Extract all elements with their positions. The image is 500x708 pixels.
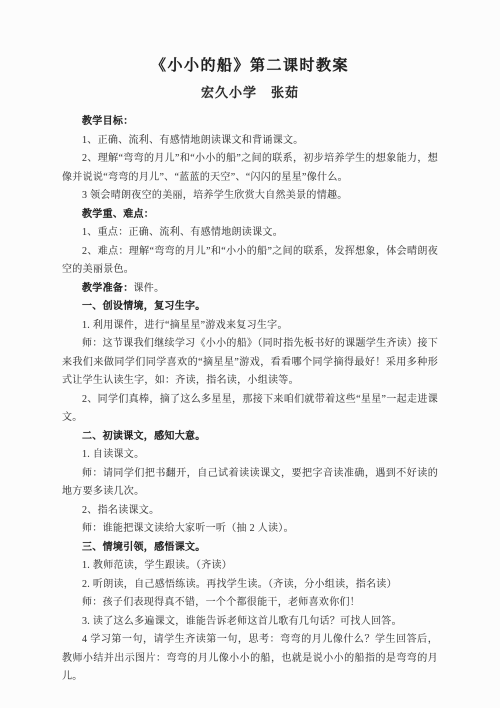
doc-paragraph: 教学准备：课件。 [62, 280, 438, 299]
paragraph-run: 师：孩子们表现得真不错，一个个都很能干，老师喜欢你们！ [82, 597, 360, 608]
paragraph-run: 2、指名读课文。 [82, 505, 159, 516]
doc-paragraph: 2、难点：理解“弯弯的月儿”和“小小的船”之间的联系，发挥想象，体会晴朗夜空的美… [62, 243, 438, 280]
paragraph-run: 2、难点：理解“弯弯的月儿”和“小小的船”之间的联系，发挥想象，体会晴朗夜空的美… [62, 246, 438, 276]
doc-paragraph: 2. 听朗读，自己感悟练读。再找学生读。（齐读，分小组读，指名读） [62, 576, 438, 595]
paragraph-bold-run: 三、情境引领，感悟课文。 [82, 542, 206, 553]
paragraph-run: 3 领会晴朗夜空的美丽，培养学生欣赏大自然美景的情趣。 [82, 190, 348, 201]
paragraph-run: 师：谁能把课文读给大家听一听（抽 2 人读）。 [82, 523, 294, 534]
doc-paragraph: 1、正确、流利、有感情地朗读课文和背诵课文。 [62, 132, 438, 151]
doc-paragraph: 二、初读课文，感知大意。 [62, 428, 438, 447]
doc-paragraph: 1. 自读课文。 [62, 446, 438, 465]
paragraph-run: 1、重点：正确、流利、有感情地朗读课文。 [82, 227, 283, 238]
doc-paragraph: 1. 利用课件，进行“摘星星”游戏来复习生字。 [62, 317, 438, 336]
paragraph-bold-run: 一、创设情境，复习生字。 [82, 301, 206, 312]
paragraph-run: 师：请同学们把书翻开，自己试着读读课文，要把字音读准确，遇到不好读的地方要多读几… [62, 468, 438, 498]
doc-paragraph: 师：这节课我们继续学习《小小的船》（同时指先板书好的课题学生齐读）接下来我们来做… [62, 335, 438, 391]
doc-paragraph: 师：孩子们表现得真不错，一个个都很能干，老师喜欢你们！ [62, 594, 438, 613]
paragraph-run: 2. 听朗读，自己感悟练读。再找学生读。（齐读，分小组读，指名读） [82, 579, 397, 590]
doc-paragraph: 三、情境引领，感悟课文。 [62, 539, 438, 558]
doc-paragraph: 师：谁能把课文读给大家听一听（抽 2 人读）。 [62, 520, 438, 539]
paragraph-bold-run: 教学重、难点： [82, 209, 154, 220]
paragraph-run: 3. 读了这么多遍课文，谁能告诉老师这首儿歌有几句话？可找人回答。 [82, 616, 402, 627]
doc-paragraph: 1. 教师范读，学生跟读。（齐读） [62, 557, 438, 576]
document-page: 《小小的船》第二课时教案 宏久小学 张茹 教学目标：1、正确、流利、有感情地朗读… [0, 0, 500, 708]
doc-paragraph: 2、指名读课文。 [62, 502, 438, 521]
paragraph-run: 1. 自读课文。 [82, 449, 144, 460]
paragraph-run: 1、正确、流利、有感情地朗读课文和背诵课文。 [82, 135, 304, 146]
doc-paragraph: 3 领会晴朗夜空的美丽，培养学生欣赏大自然美景的情趣。 [62, 187, 438, 206]
doc-paragraph: 教学重、难点： [62, 206, 438, 225]
paragraph-run: 课件。 [134, 283, 165, 294]
paragraph-run: 2、同学们真棒，摘了这么多星星，那接下来咱们就带着这些“星星”一起走进课文。 [62, 394, 438, 424]
doc-title: 《小小的船》第二课时教案 [62, 56, 438, 76]
doc-paragraph: 2、理解“弯弯的月儿”和“小小的船”之间的联系，初步培养学生的想象能力，想像并说… [62, 150, 438, 187]
doc-byline: 宏久小学 张茹 [62, 84, 438, 101]
doc-paragraph: 3. 读了这么多遍课文，谁能告诉老师这首儿歌有几句话？可找人回答。 [62, 613, 438, 632]
paragraph-run: 4 学习第一句，请学生齐读第一句，思考：弯弯的月儿像什么？学生回答后，教师小结并… [62, 634, 438, 682]
doc-paragraph: 4 学习第一句，请学生齐读第一句，思考：弯弯的月儿像什么？学生回答后，教师小结并… [62, 631, 438, 687]
paragraph-bold-run: 教学目标： [82, 116, 134, 127]
paragraph-run: 师：这节课我们继续学习《小小的船》（同时指先板书好的课题学生齐读）接下来我们来做… [62, 338, 438, 386]
doc-paragraph: 师：请同学们把书翻开，自己试着读读课文，要把字音读准确，遇到不好读的地方要多读几… [62, 465, 438, 502]
paragraph-bold-run: 教学准备： [82, 283, 134, 294]
doc-body: 教学目标：1、正确、流利、有感情地朗读课文和背诵课文。2、理解“弯弯的月儿”和“… [62, 113, 438, 687]
paragraph-run: 2、理解“弯弯的月儿”和“小小的船”之间的联系，初步培养学生的想象能力，想像并说… [62, 153, 438, 183]
doc-paragraph: 1、重点：正确、流利、有感情地朗读课文。 [62, 224, 438, 243]
paragraph-run: 1. 利用课件，进行“摘星星”游戏来复习生字。 [82, 320, 288, 331]
doc-paragraph: 一、创设情境，复习生字。 [62, 298, 438, 317]
doc-paragraph: 教学目标： [62, 113, 438, 132]
paragraph-run: 1. 教师范读，学生跟读。（齐读） [82, 560, 232, 571]
paragraph-bold-run: 二、初读课文，感知大意。 [82, 431, 206, 442]
doc-paragraph: 2、同学们真棒，摘了这么多星星，那接下来咱们就带着这些“星星”一起走进课文。 [62, 391, 438, 428]
